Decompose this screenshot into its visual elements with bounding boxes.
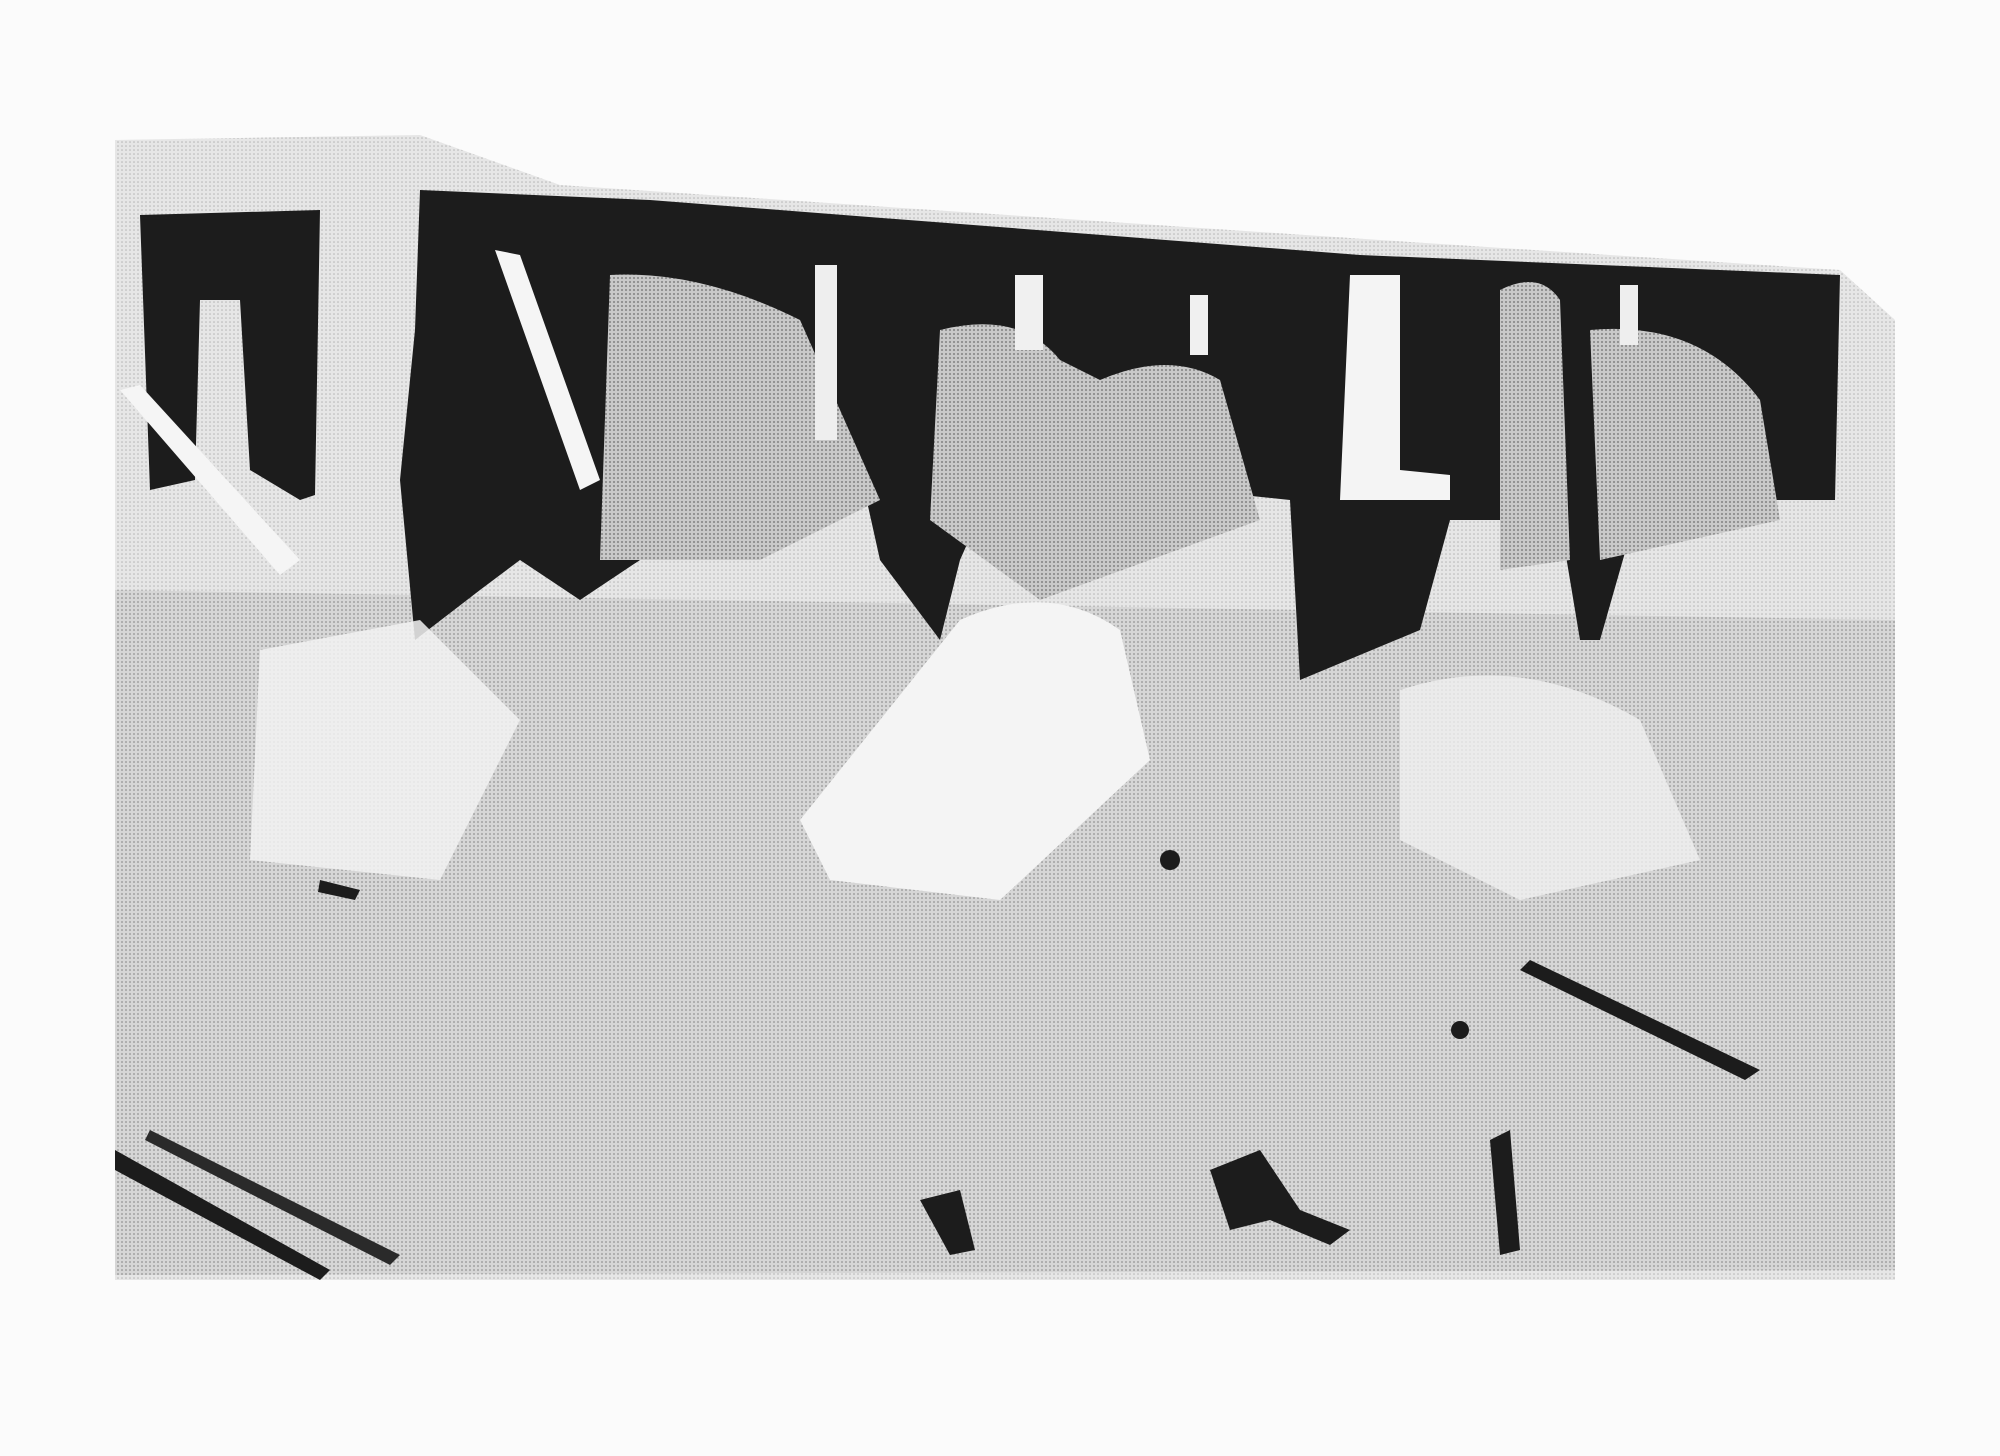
seat-3 [1500, 282, 1570, 570]
screenprint-artwork: Monochrome halftone screenprint of a veh… [0, 0, 2000, 1456]
halftone-image [0, 0, 2000, 1456]
